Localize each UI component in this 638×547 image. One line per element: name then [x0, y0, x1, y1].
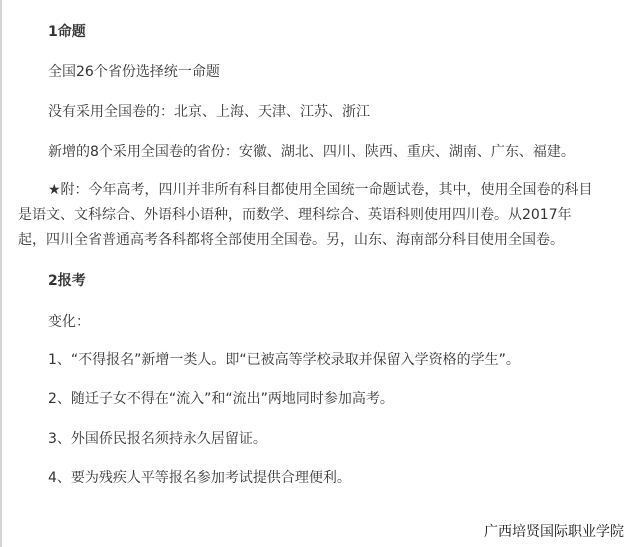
paragraph-sichuan-note: ★附：今年高考，四川并非所有科目都使用全国统一命题试卷，其中，使用全国卷的科目是…: [18, 178, 596, 253]
list-item-1: 1、“不得报名”新增一类人。即“已被高等学校录取并保留入学资格的学生”。: [48, 350, 520, 370]
section-heading-registration: 2报考: [48, 271, 86, 291]
watermark-text: 广西培贤国际职业学院: [484, 523, 624, 541]
paragraph-changes-intro: 变化：: [48, 312, 90, 332]
list-item-2: 2、随迁子女不得在“流入”和“流出”两地同时参加高考。: [48, 389, 394, 409]
paragraph-non-national-provinces: 没有采用全国卷的：北京、上海、天津、江苏、浙江: [48, 102, 370, 122]
note-text: ★附：今年高考，四川并非所有科目都使用全国统一命题试卷，其中，使用全国卷的科目是…: [18, 182, 593, 248]
list-item-4: 4、要为残疾人平等报名参加考试提供合理便利。: [48, 468, 351, 488]
list-item-3: 3、外国侨民报名须持永久居留证。: [48, 429, 267, 449]
paragraph-unified-provinces: 全国26个省份选择统一命题: [48, 62, 220, 82]
left-border-rule: [0, 0, 2, 547]
paragraph-new-national-provinces: 新增的8个采用全国卷的省份：安徽、湖北、四川、陕西、重庆、湖南、广东、福建。: [48, 142, 575, 162]
section-heading-exam-paper: 1命题: [48, 22, 86, 42]
